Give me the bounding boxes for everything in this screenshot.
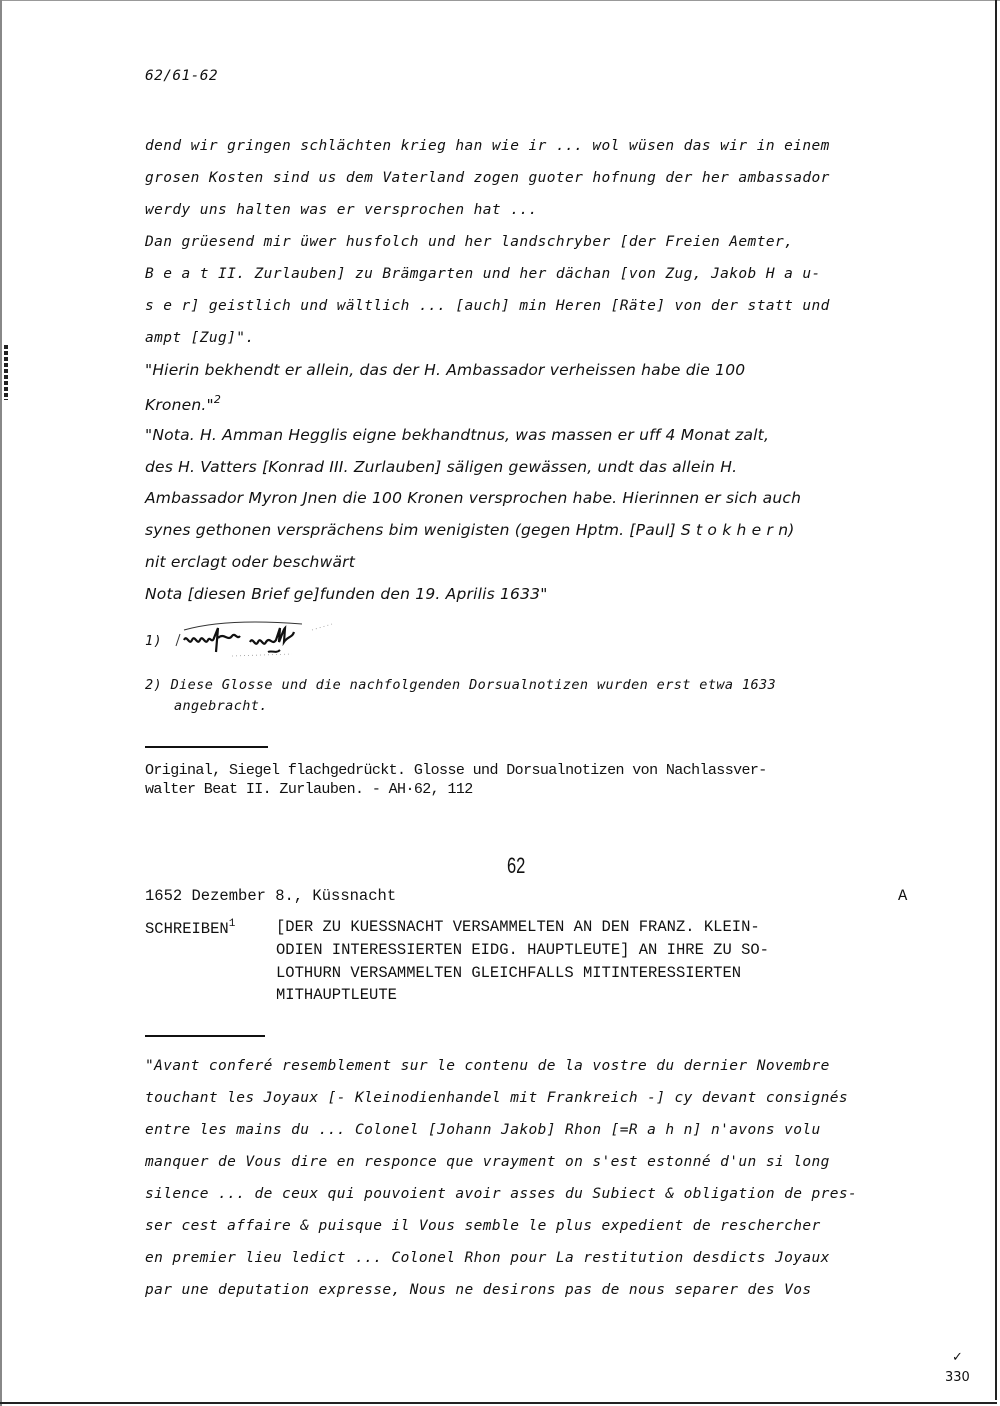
- source-note-line: walter Beat II. Zurlauben. - AH·62, 112: [145, 781, 473, 798]
- text-line: en premier lieu ledict ... Colonel Rhon …: [145, 1250, 830, 1266]
- scan-artifact: [4, 345, 8, 400]
- divider-rule: [145, 746, 268, 748]
- gloss-line: "Nota. H. Amman Hegglis eigne bekhandtnu…: [145, 426, 769, 444]
- footnote-2: 2) Diese Glosse und die nachfolgenden Do…: [145, 677, 776, 693]
- footnote-ref: 1: [229, 918, 236, 930]
- text-line: entre les mains du ... Colonel [Johann J…: [145, 1122, 821, 1138]
- text-line: werdy uns halten was er versprochen hat …: [145, 202, 538, 218]
- title-word: SCHREIBEN: [145, 920, 229, 938]
- text-line: ser cest affaire & puisque il Vous sembl…: [145, 1218, 821, 1234]
- document-reference: 62/61-62: [145, 68, 218, 84]
- gloss-line: nit erclagt oder beschwärt: [145, 553, 355, 571]
- gloss-line: synes gethonen versprächens bim wenigist…: [145, 521, 795, 539]
- text-line: ampt [Zug]".: [145, 330, 255, 346]
- check-mark-icon: ✓: [952, 1350, 963, 1365]
- footnote-text-cont: angebracht.: [174, 698, 268, 714]
- title-line: MITHAUPTLEUTE: [276, 986, 397, 1004]
- footnote-marker-2: 2): [145, 677, 162, 693]
- footnote-ref: 2: [214, 393, 221, 406]
- text-line: silence ... de ceux qui pouvoient avoir …: [145, 1186, 857, 1202]
- gloss-line: Ambassador Myron Jnen die 100 Kronen ver…: [145, 489, 801, 507]
- gloss-line: "Hierin bekhendt er allein, das der H. A…: [145, 361, 745, 379]
- text-line: Dan grüesend mir üwer husfolch und her l…: [145, 234, 793, 250]
- gloss-text: Kronen.": [145, 396, 214, 414]
- text-line: B e a t II. Zurlauben] zu Brämgarten und…: [145, 266, 821, 282]
- page-edge-left: [0, 0, 2, 1406]
- page-edge-bottom: [0, 1402, 997, 1404]
- gloss-line: Kronen."2: [145, 393, 221, 414]
- divider-rule: [145, 1035, 265, 1037]
- footnote-text: Diese Glosse und die nachfolgenden Dorsu…: [171, 677, 776, 693]
- document-type-marker: A: [898, 887, 907, 905]
- gloss-line: Nota [diesen Brief ge]funden den 19. Apr…: [145, 585, 548, 603]
- date-place: 1652 Dezember 8., Küssnacht: [145, 887, 396, 905]
- text-line: touchant les Joyaux [- Kleinodienhandel …: [145, 1090, 848, 1106]
- signature-image: [172, 618, 352, 663]
- gloss-line: des H. Vatters [Konrad III. Zurlauben] s…: [145, 458, 737, 476]
- text-line: s e r] geistlich und wältlich ... [auch]…: [145, 298, 830, 314]
- text-line: manquer de Vous dire en responce que vra…: [145, 1154, 830, 1170]
- source-note-line: Original, Siegel flachgedrückt. Glosse u…: [145, 762, 767, 779]
- page-edge-right: [995, 0, 997, 1400]
- title-line: [DER ZU KUESSNACHT VERSAMMELTEN AN DEN F…: [276, 918, 760, 936]
- text-line: dend wir gringen schlächten krieg han wi…: [145, 138, 830, 154]
- title-line: LOTHURN VERSAMMELTEN GLEICHFALLS MITINTE…: [276, 964, 741, 982]
- text-line: par une deputation expresse, Nous ne des…: [145, 1282, 811, 1298]
- page-number: 330: [945, 1370, 970, 1385]
- title-line: ODIEN INTERESSIERTEN EIDG. HAUPTLEUTE] A…: [276, 941, 769, 959]
- footnote-marker-1: 1): [145, 633, 162, 649]
- text-line: grosen Kosten sind us dem Vaterland zoge…: [145, 170, 830, 186]
- document-number: 62: [507, 853, 525, 879]
- page-edge-top: [0, 0, 1000, 1]
- text-line: "Avant conferé resemblement sur le conte…: [145, 1058, 830, 1074]
- document-title-word: SCHREIBEN1: [145, 918, 235, 938]
